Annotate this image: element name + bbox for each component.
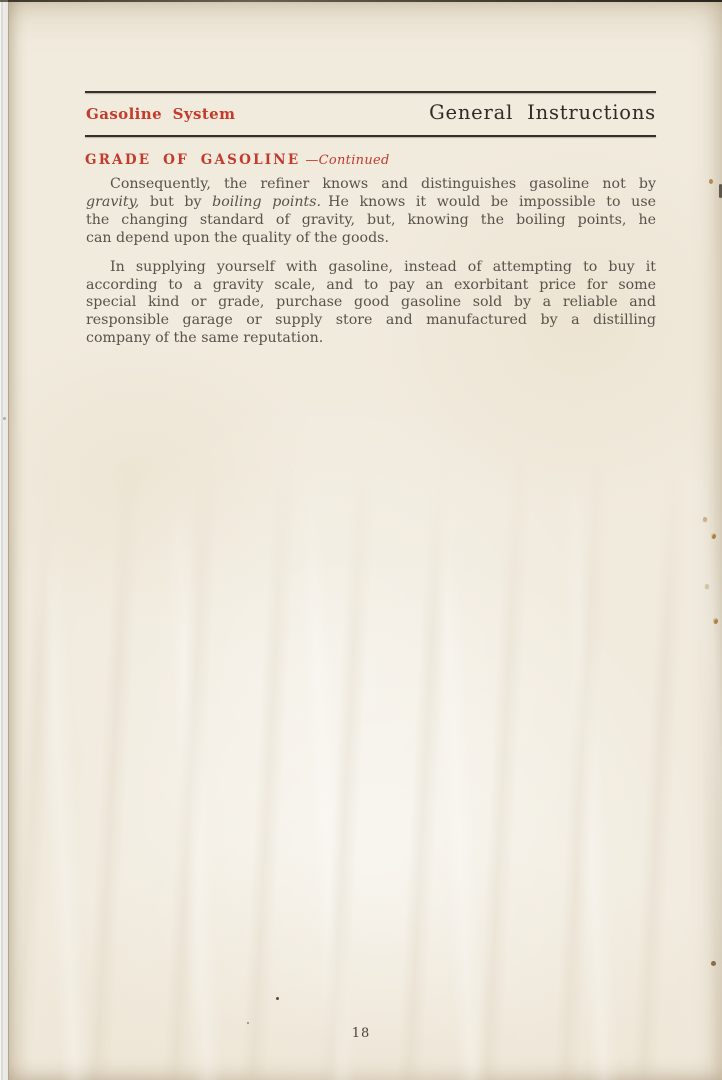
text-line: can depend upon the quality of the goods… — [86, 230, 656, 248]
body-text: Consequently, the refiner knows and dist… — [86, 176, 656, 348]
paper-speck — [276, 997, 279, 1000]
scanned-page: Gasoline System General Instructions GRA… — [0, 0, 722, 1080]
text-line: Consequently, the refiner knows and dist… — [86, 176, 656, 194]
section-heading-continued: —Continued — [305, 153, 389, 168]
paragraph: Consequently, the refiner knows and dist… — [86, 176, 656, 248]
text-line: special kind or grade, purchase good gas… — [86, 294, 656, 312]
paper-speck — [713, 618, 718, 624]
text-line: company of the same reputation. — [86, 330, 656, 348]
paper-speck — [705, 584, 709, 588]
text-line: responsible garage or supply store and m… — [86, 312, 656, 330]
paragraph: In supplying yourself with gasoline, ins… — [86, 259, 656, 349]
scan-left-edge — [0, 0, 8, 1080]
text-line: according to a gravity scale, and to pay… — [86, 277, 656, 295]
text-line: the changing standard of gravity, but, k… — [86, 212, 656, 230]
text-line: In supplying yourself with gasoline, ins… — [86, 259, 656, 277]
section-heading: GRADE OF GASOLINE—Continued — [85, 152, 390, 168]
paper-speck — [711, 961, 716, 966]
paper-streaks — [9, 455, 722, 1080]
header-rule-bottom — [85, 135, 656, 137]
paper-speck — [3, 417, 6, 420]
paper-speck — [711, 533, 716, 539]
running-head-right: General Instructions — [429, 101, 656, 124]
header-rule-top — [85, 91, 656, 93]
running-head-left: Gasoline System — [86, 105, 235, 123]
section-heading-title: GRADE OF GASOLINE — [85, 152, 300, 168]
text-line: gravity, but by boiling points. He knows… — [86, 194, 656, 212]
paper-speck — [247, 1022, 249, 1024]
paper-speck — [709, 179, 713, 184]
page-number: 18 — [0, 1026, 722, 1041]
paper-speck — [703, 517, 707, 521]
